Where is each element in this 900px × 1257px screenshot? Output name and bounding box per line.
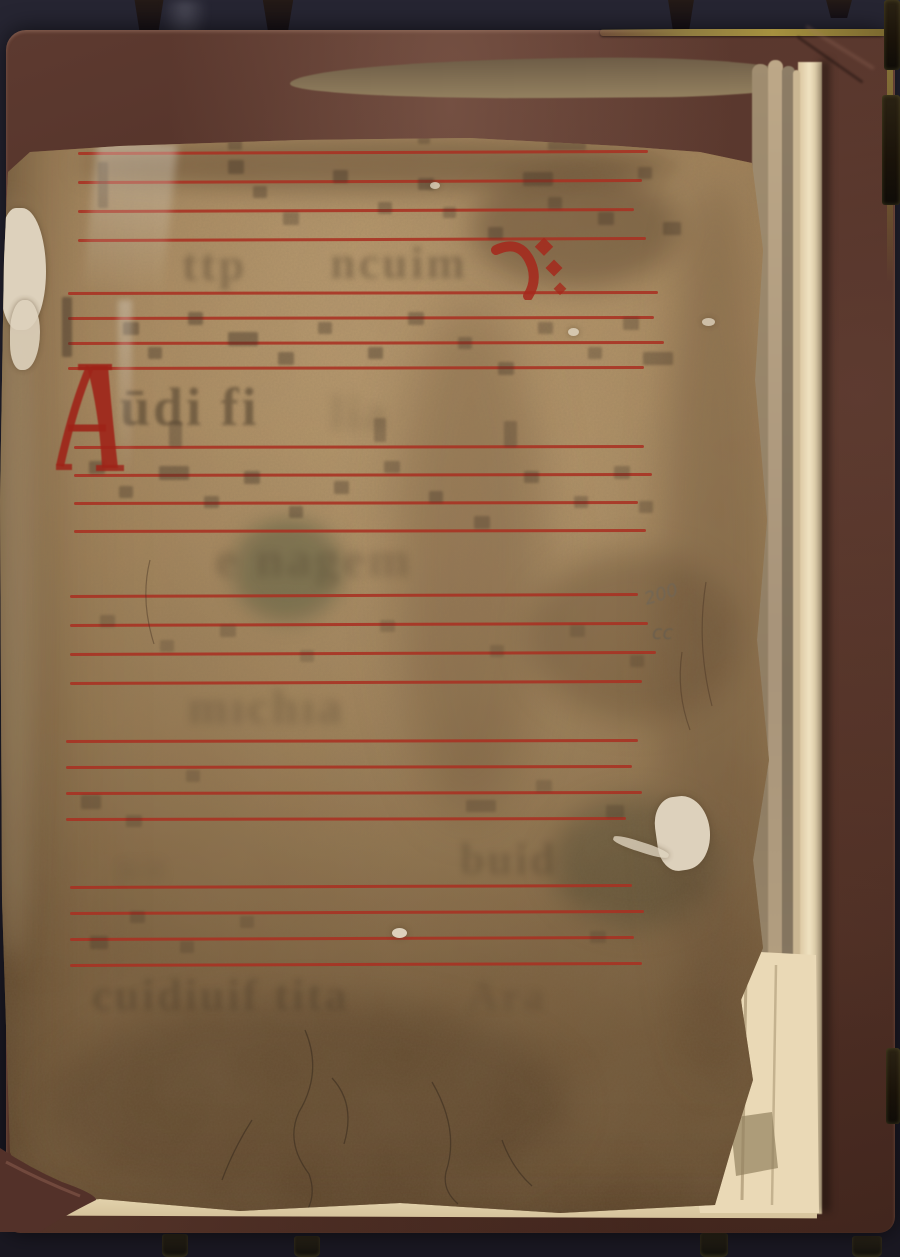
leather-corner-flap xyxy=(0,0,900,1257)
photo-of-manuscript: ttpncuimūdi filiae nagemmıchıaunbuidcuid… xyxy=(0,0,900,1257)
